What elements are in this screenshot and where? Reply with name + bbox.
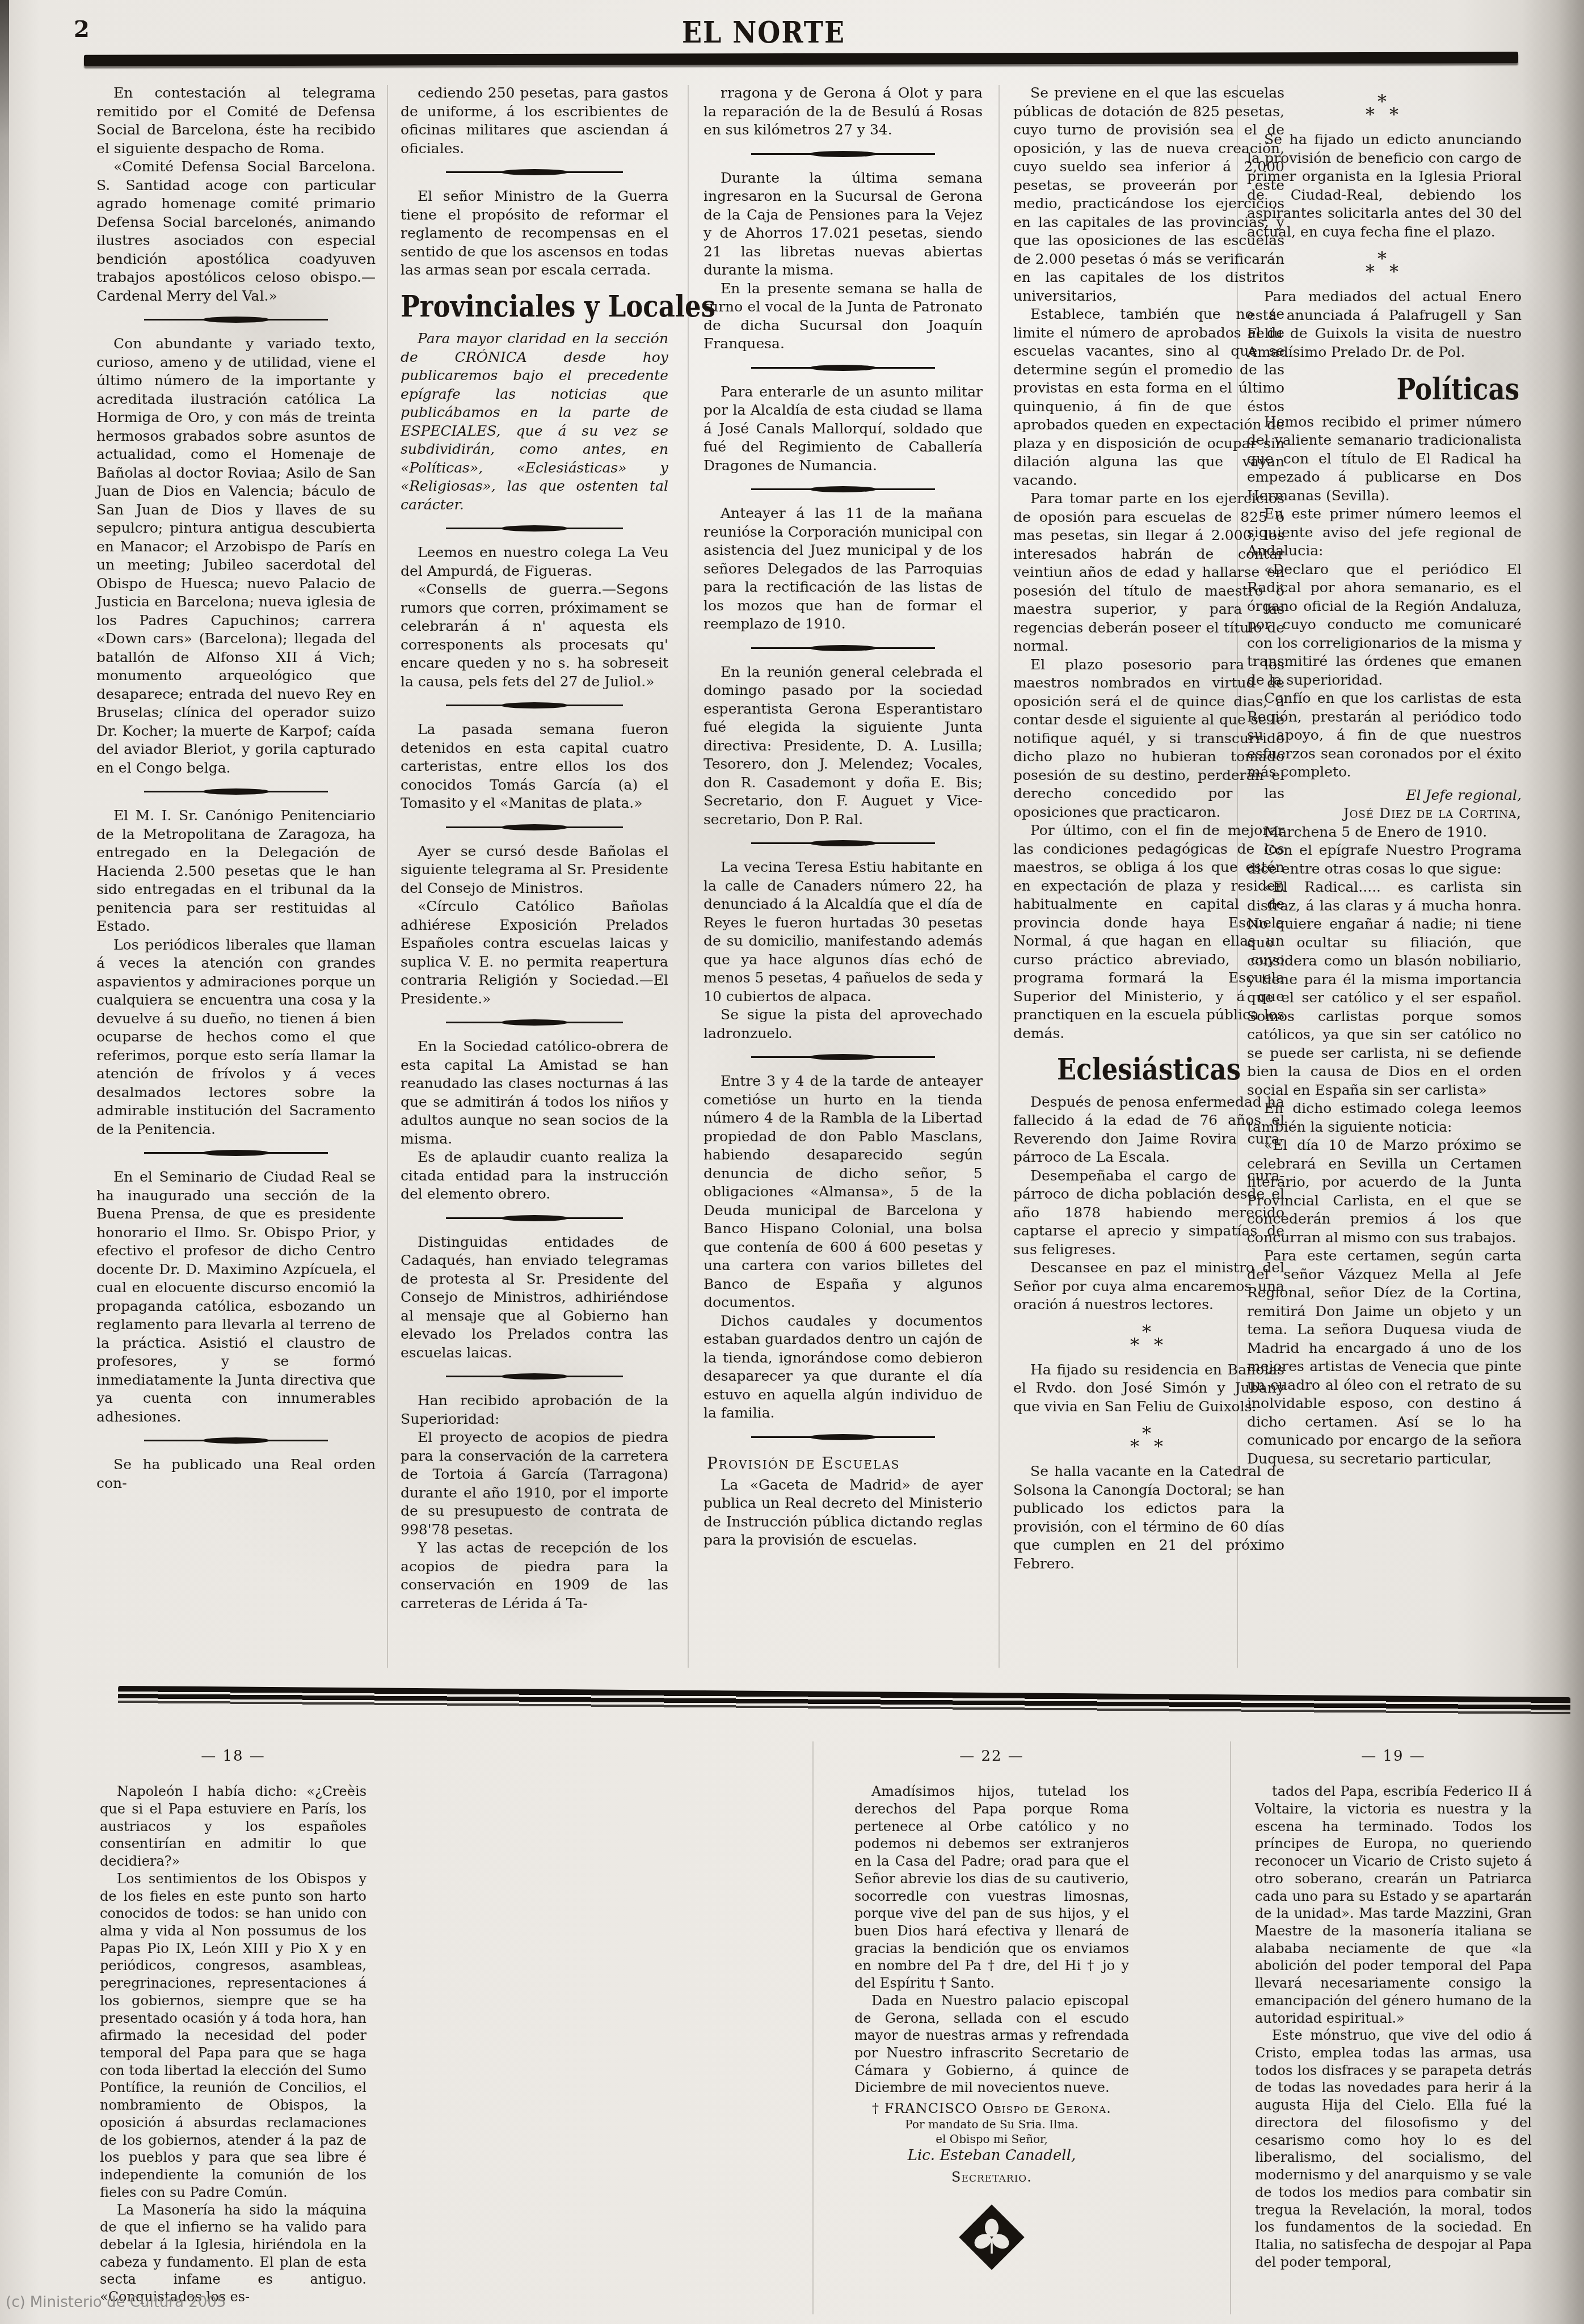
news-paragraph: tados del Papa, escribía Federico II á V… (1255, 1783, 1532, 2027)
asterism-separator: * * * (1247, 252, 1522, 279)
signature-line: Lic. Esteban Canadell, (854, 2146, 1129, 2165)
news-paragraph: Ayer se cursó desde Bañolas el siguiente… (401, 842, 668, 898)
news-paragraph: Napoleón I había dicho: «¿Creèis que si … (100, 1783, 366, 1870)
item-divider (96, 1143, 376, 1163)
news-paragraph: Para tomar parte en los ejercicios de op… (1013, 490, 1284, 656)
scan-left-edge (0, 0, 9, 2324)
masthead-title: EL NORTE (0, 15, 1527, 49)
news-paragraph: Confío en que los carlistas de esta Regi… (1247, 689, 1522, 782)
news-paragraph: Y las actas de recepción de los acopios … (401, 1539, 668, 1613)
newspaper-page: 2 EL NORTE En contestación al telegrama … (0, 0, 1584, 2324)
item-divider (703, 1427, 983, 1448)
top-column-2: cediendo 250 pesetas, para gastos de uni… (401, 84, 668, 1613)
asterism-separator: * * * (1013, 1427, 1284, 1453)
asterism-separator: * * * (1247, 95, 1522, 121)
bottom-column-1: — 18 —Napoleón I había dicho: «¿Creèis q… (100, 1747, 366, 2306)
bottom-column-2: — 22 —Amadísimos hijos, tutelad los dere… (854, 1747, 1129, 2276)
item-divider (401, 817, 668, 838)
news-paragraph: Desempeñaba el cargo de cura-párroco de … (1013, 1167, 1284, 1259)
header-rule (84, 52, 1518, 66)
news-paragraph: El plazo posesorio para los maestros nom… (1013, 656, 1284, 822)
copyright-watermark: (c) Ministerio de Cultura 2005 (6, 2294, 226, 2311)
section-heading: Eclesiásticas (1013, 1050, 1284, 1089)
top-column-3: rragona y de Gerona á Olot y para la rep… (703, 84, 983, 1550)
item-divider (96, 1431, 376, 1451)
top-column-1: En contestación al telegrama remitido po… (96, 84, 376, 1492)
news-paragraph: En la reunión general celebrada el domin… (703, 663, 983, 829)
news-paragraph: El señor Ministro de la Guerra tiene el … (401, 187, 668, 280)
news-paragraph: rragona y de Gerona á Olot y para la rep… (703, 84, 983, 140)
news-paragraph: En la presente semana se halla de turno … (703, 280, 983, 353)
news-paragraph: Se ha publicado una Real orden con- (96, 1456, 376, 1492)
news-paragraph: Con abundante y variado texto, curioso, … (96, 335, 376, 777)
item-divider (703, 833, 983, 854)
news-paragraph: Ha fijado su residencia en Bañolas el Rv… (1013, 1361, 1284, 1416)
item-divider (401, 695, 668, 716)
column-rule (1230, 1741, 1231, 2314)
page-number-label: — 18 — (100, 1747, 366, 1766)
news-paragraph: cediendo 250 pesetas, para gastos de uni… (401, 84, 668, 158)
item-divider (96, 782, 376, 802)
news-paragraph: Hemos recibido el primer número del vali… (1247, 413, 1522, 505)
signature-line: El Jefe regional, (1247, 786, 1522, 805)
news-paragraph: «Consells de guerra.—Segons rumors que c… (401, 580, 668, 691)
news-paragraph: En el Seminario de Ciudad Real se ha ina… (96, 1168, 376, 1426)
news-paragraph: «Círculo Católico Bañolas adhiérese Expo… (401, 897, 668, 1008)
news-paragraph: «Declaro que el periódico El Radical por… (1247, 560, 1522, 690)
news-paragraph: Establece, también que no se limite el n… (1013, 305, 1284, 490)
diamond-ornament (854, 2203, 1129, 2276)
item-divider (401, 162, 668, 183)
page-number-label: — 22 — (854, 1747, 1129, 1766)
signature-line: Por mandato de Su Sria. Ilma. (854, 2118, 1129, 2132)
item-divider (703, 638, 983, 659)
news-paragraph: Por último, con el fin de mejorar las co… (1013, 821, 1284, 1043)
section-heading: Políticas (1247, 370, 1519, 409)
column-rule (999, 85, 1000, 1668)
news-paragraph: El M. I. Sr. Canónigo Penitenciario de l… (96, 807, 376, 936)
news-paragraph: Se halla vacante en la Catedral de Solso… (1013, 1462, 1284, 1573)
news-paragraph: Distinguidas entidades de Cadaqués, han … (401, 1233, 668, 1363)
news-paragraph: Leemos en nuestro colega La Veu del Ampu… (401, 543, 668, 580)
news-paragraph: Este mónstruo, que vive del odio á Crist… (1255, 2027, 1532, 2271)
item-divider (703, 479, 983, 500)
news-paragraph: «El día 10 de Marzo próximo se celebrará… (1247, 1136, 1522, 1247)
news-paragraph: Han recibido aprobación de la Superiorid… (401, 1391, 668, 1428)
news-paragraph: Para mediados del actual Enero está anun… (1247, 288, 1522, 361)
top-column-4: Se previene en el que las escuelas públi… (1013, 84, 1284, 1573)
news-paragraph: Para este certamen, según carta del seño… (1247, 1247, 1522, 1468)
news-paragraph: La vecina Teresa Estiu habitante en la c… (703, 858, 983, 1006)
news-paragraph: Es de aplaudir cuanto realiza la citada … (401, 1148, 668, 1204)
news-paragraph: La Masonería ha sido la máquina de que e… (100, 2201, 366, 2306)
signature-line: José Diez de la Cortina, (1247, 804, 1522, 823)
signature-line: † FRANCISCO Obispo de Gerona. (854, 2100, 1129, 2118)
news-paragraph: Durante la última semana ingresaron en l… (703, 169, 983, 280)
signature-line: Secretario. (854, 2169, 1129, 2186)
item-divider (96, 310, 376, 330)
news-paragraph: El proyecto de acopios de piedra para la… (401, 1428, 668, 1539)
top-column-5: * * *Se ha fijado un edicto anunciando l… (1247, 84, 1522, 1468)
news-paragraph: Se sigue la pista del aprovechado ladron… (703, 1006, 983, 1043)
news-paragraph: Los periódicos liberales que llaman á ve… (96, 936, 376, 1139)
item-divider (703, 144, 983, 165)
news-paragraph: Con el epígrafe Nuestro Programa dice en… (1247, 841, 1522, 878)
column-rule (387, 85, 388, 1668)
news-paragraph: Se ha fijado un edicto anunciando la pro… (1247, 130, 1522, 241)
news-paragraph: «Comité Defensa Social Barcelona. S. San… (96, 158, 376, 305)
editorial-note: Para mayor claridad en la sección de CRÓ… (401, 330, 668, 514)
news-paragraph: Anteayer á las 11 de la mañana reunióse … (703, 504, 983, 634)
news-paragraph: «El Radical..... es carlista sin disfraz… (1247, 878, 1522, 1099)
column-rule (812, 1741, 814, 2314)
news-paragraph: Para enterarle de un asunto militar por … (703, 383, 983, 475)
asterism-separator: * * * (1013, 1326, 1284, 1352)
news-paragraph: La «Gaceta de Madrid» de ayer publica un… (703, 1476, 983, 1550)
item-divider (703, 1047, 983, 1068)
news-paragraph: Descansee en paz el ministro del Señor p… (1013, 1259, 1284, 1314)
news-paragraph: En dicho estimado colega leemos también … (1247, 1099, 1522, 1136)
page-number-label: — 19 — (1255, 1747, 1532, 1766)
bottom-column-3: — 19 —tados del Papa, escribía Federico … (1255, 1747, 1532, 2271)
news-paragraph: En contestación al telegrama remitido po… (96, 84, 376, 158)
section-rule (118, 1686, 1570, 1718)
news-paragraph: Los sentimientos de los Obispos y de los… (100, 1870, 366, 2201)
news-paragraph: Dichos caudales y documentos estaban gua… (703, 1312, 983, 1423)
news-paragraph: Después de penosa enfermedad ha fallecid… (1013, 1093, 1284, 1167)
section-heading: Provinciales y Locales (401, 286, 668, 326)
item-divider (401, 1366, 668, 1387)
item-divider (401, 518, 668, 539)
news-paragraph: En la Sociedad católico-obrera de esta c… (401, 1037, 668, 1148)
news-paragraph: Entre 3 y 4 de la tarde de anteayer come… (703, 1072, 983, 1312)
news-paragraph: Se previene en el que las escuelas públi… (1013, 84, 1284, 305)
sub-heading: Provisión de Escuelas (703, 1453, 983, 1474)
news-paragraph: En este primer número leemos el siguient… (1247, 505, 1522, 560)
news-paragraph: Amadísimos hijos, tutelad los derechos d… (854, 1783, 1129, 1992)
news-paragraph: Marchena 5 de Enero de 1910. (1247, 823, 1522, 842)
item-divider (401, 1013, 668, 1033)
news-paragraph: La pasada semana fueron detenidos en est… (401, 720, 668, 813)
signature-line: el Obispo mi Señor, (854, 2132, 1129, 2147)
item-divider (703, 358, 983, 378)
news-paragraph: Dada en Nuestro palacio episcopal de Ger… (854, 1992, 1129, 2097)
item-divider (401, 1208, 668, 1229)
